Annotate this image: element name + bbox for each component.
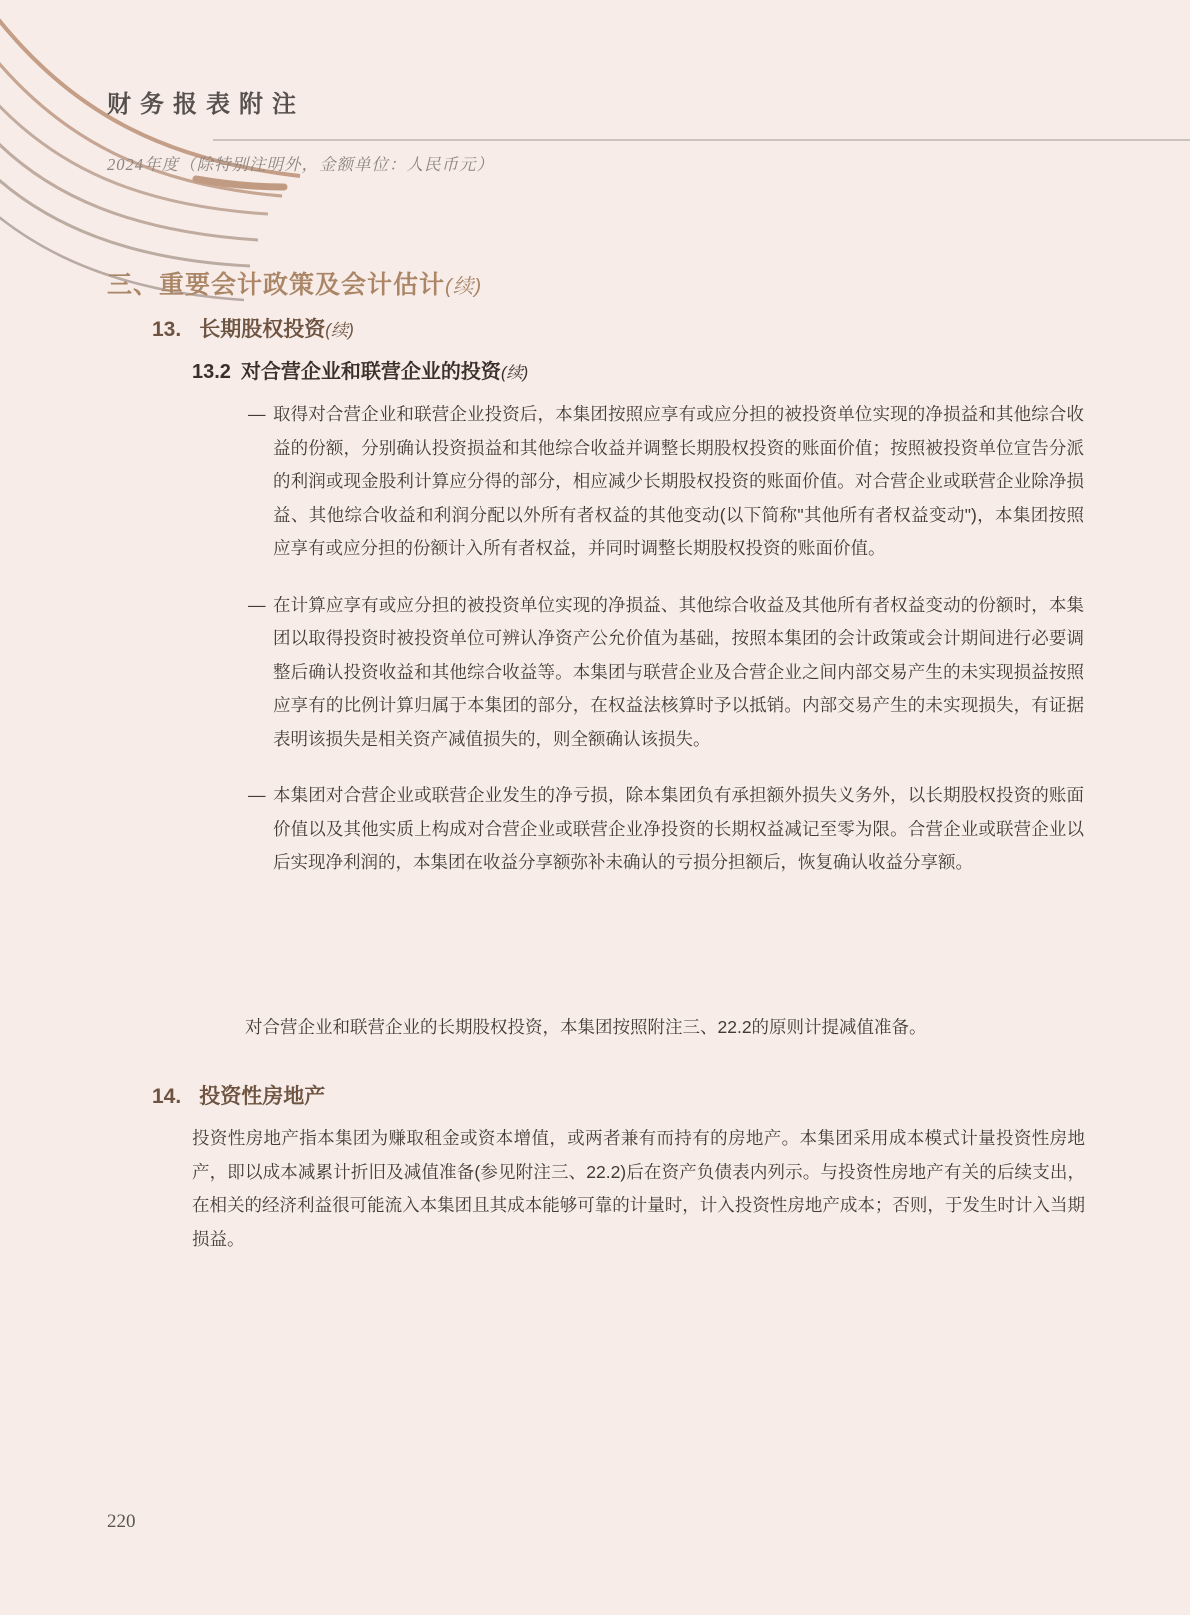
header-divider [213, 139, 1190, 141]
section-3-heading-text: 三、重要会计政策及会计估计 [107, 271, 445, 299]
bullet-text: 在计算应享有或应分担的被投资单位实现的净损益、其他综合收益及其他所有者权益变动的… [273, 595, 1084, 749]
subsection-14-number: 14. [152, 1085, 181, 1108]
subsection-13-2-cont: (续) [501, 364, 528, 382]
notes-title: 财务报表附注 [107, 84, 305, 119]
subsection-13-title: 长期股权投资 [199, 318, 325, 341]
subsection-13-cont: (续) [325, 320, 354, 340]
bullet-dash: — [248, 398, 266, 432]
bullet-item: — 取得对合营企业和联营企业投资后，本集团按照应享有或应分担的被投资单位实现的净… [248, 398, 1084, 566]
bullet-text: 本集团对合营企业或联营企业发生的净亏损，除本集团负有承担额外损失义务外，以长期股… [273, 785, 1084, 872]
page-number: 220 [107, 1511, 136, 1533]
subsection-13-heading: 13.长期股权投资(续) [152, 313, 354, 343]
section-3-heading-cont: (续) [445, 275, 482, 298]
bullet-item: — 在计算应享有或应分担的被投资单位实现的净损益、其他综合收益及其他所有者权益变… [248, 589, 1084, 757]
bullet-dash: — [248, 779, 266, 813]
bullet-dash: — [248, 589, 266, 623]
financial-notes-page: 财务报表附注 2024年度（除特别注明外，金额单位：人民币元） 三、重要会计政策… [0, 0, 1190, 1615]
subsection-13-number: 13. [152, 318, 181, 341]
section-3-heading: 三、重要会计政策及会计估计(续) [107, 265, 482, 301]
subsection-14-heading: 14.投资性房地产 [152, 1080, 325, 1110]
report-period-subtitle: 2024年度（除特别注明外，金额单位：人民币元） [107, 151, 494, 175]
subsection-14-title: 投资性房地产 [199, 1085, 325, 1108]
subsection-13-2-title: 对合营企业和联营企业的投资 [241, 361, 501, 383]
bullet-list: — 取得对合营企业和联营企业投资后，本集团按照应享有或应分担的被投资单位实现的净… [248, 398, 1084, 903]
bullet-item: — 本集团对合营企业或联营企业发生的净亏损，除本集团负有承担额外损失义务外，以长… [248, 779, 1084, 880]
bullet-text: 取得对合营企业和联营企业投资后，本集团按照应享有或应分担的被投资单位实现的净损益… [273, 404, 1084, 558]
closing-paragraph: 对合营企业和联营企业的长期股权投资，本集团按照附注三、22.2的原则计提减值准备… [245, 1011, 1085, 1045]
subsection-13-2-heading: 13.2对合营企业和联营企业的投资(续) [192, 355, 528, 384]
subsection-14-paragraph: 投资性房地产指本集团为赚取租金或资本增值，或两者兼有而持有的房地产。本集团采用成… [192, 1122, 1085, 1256]
subsection-13-2-number: 13.2 [192, 361, 231, 383]
